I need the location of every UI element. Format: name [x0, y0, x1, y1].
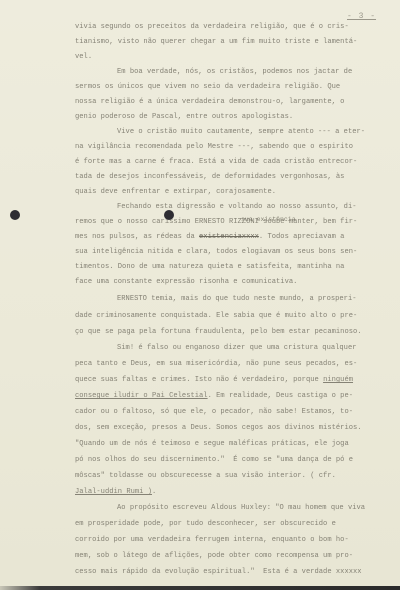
text-line: na vigilância recomendada pelo Mestre --… — [75, 143, 353, 151]
text-line: ço que se paga pela fortuna fraudulenta,… — [75, 328, 362, 336]
text-line: dade criminosamente conquistada. Ele sab… — [75, 312, 357, 320]
underlined-text: consegue iludir o Pai Celestial — [75, 392, 208, 400]
punch-hole — [10, 210, 20, 220]
text-line: ERNESTO temia, mais do que tudo neste mu… — [117, 295, 357, 303]
text-line: consegue iludir o Pai Celestial. Em real… — [75, 392, 353, 400]
text-line: Jalal-uddin Rumi ). — [75, 488, 156, 496]
text-line: vivia segundo os preceitos da verdadeira… — [75, 23, 349, 31]
underlined-text: Jalal-uddin Rumi ) — [75, 488, 152, 496]
text-line: Ao propósito escreveu Aldous Huxley: "O … — [117, 504, 365, 512]
text-line: genio poderoso de Pascal, entre outros a… — [75, 113, 293, 121]
text-line: quais deve enfrentar e extirpar, corajos… — [75, 188, 276, 196]
text-line: Vive o cristão muito cautamente, sempre … — [117, 128, 365, 136]
text-line: em prosperidade pode, por tudo desconhec… — [75, 520, 336, 528]
text-line: sua inteligência nitida e clara, todos e… — [75, 248, 357, 256]
page-number: - 3 - — [347, 12, 376, 21]
text-line: pó nos olhos do seu discernimento." É co… — [75, 456, 353, 464]
text-line: tada de desejos inconfessáveis, de defor… — [75, 173, 344, 181]
punch-hole — [164, 210, 174, 220]
text-line: é forte mas a carne é fraca. Está a vida… — [75, 158, 357, 166]
text-line: quece suas faltas e crimes. Isto não é v… — [75, 376, 353, 384]
text-line: face uma constante expressão risonha e c… — [75, 278, 297, 286]
text-line: "Quando um de nós é teimoso e segue malé… — [75, 440, 349, 448]
underlined-text: ninguém — [323, 376, 353, 384]
text-line: remos que o nosso carissimo ERNESTO RIZZ… — [75, 218, 357, 226]
text-line: timentos. Dono de uma natureza quieta e … — [75, 263, 344, 271]
text-line: nossa religião é a única verdadeira demo… — [75, 98, 344, 106]
text-line: corroido por uma verdadeira ferrugem int… — [75, 536, 349, 544]
text-line: vel. — [75, 53, 92, 61]
struck-text: existenciaxxxx — [199, 233, 259, 241]
page-bottom-edge — [0, 586, 400, 590]
text-line: sermos os únicos que vivem no seio da ve… — [75, 83, 340, 91]
text-line: Em boa verdade, nós, os cristãos, podemo… — [117, 68, 352, 76]
text-line: mes nos pulsos, as rédeas da existenciax… — [75, 233, 344, 241]
document-page: - 3 - sua existência vivia segundo os pr… — [0, 0, 400, 586]
text-line: dos, sem exceção, presos a Deus. Somos c… — [75, 424, 362, 432]
text-line: môscas" toldasse ou obscurecesse a sua v… — [75, 472, 336, 480]
text-line: cesso mais rápido da evolução espiritual… — [75, 568, 362, 576]
text-line: peca tanto e Deus, em sua misericórdia, … — [75, 360, 357, 368]
text-line: cador ou o faltoso, só que ele, o pecado… — [75, 408, 353, 416]
text-line: tianismo, visto não querer chegar a um f… — [75, 38, 357, 46]
text-line: Sim! é falso ou enganoso dizer que uma c… — [117, 344, 357, 352]
text-line: Fechando esta digressão e voltando ao no… — [117, 203, 357, 211]
text-line: mem, sob o látego de aflições, pode obte… — [75, 552, 353, 560]
